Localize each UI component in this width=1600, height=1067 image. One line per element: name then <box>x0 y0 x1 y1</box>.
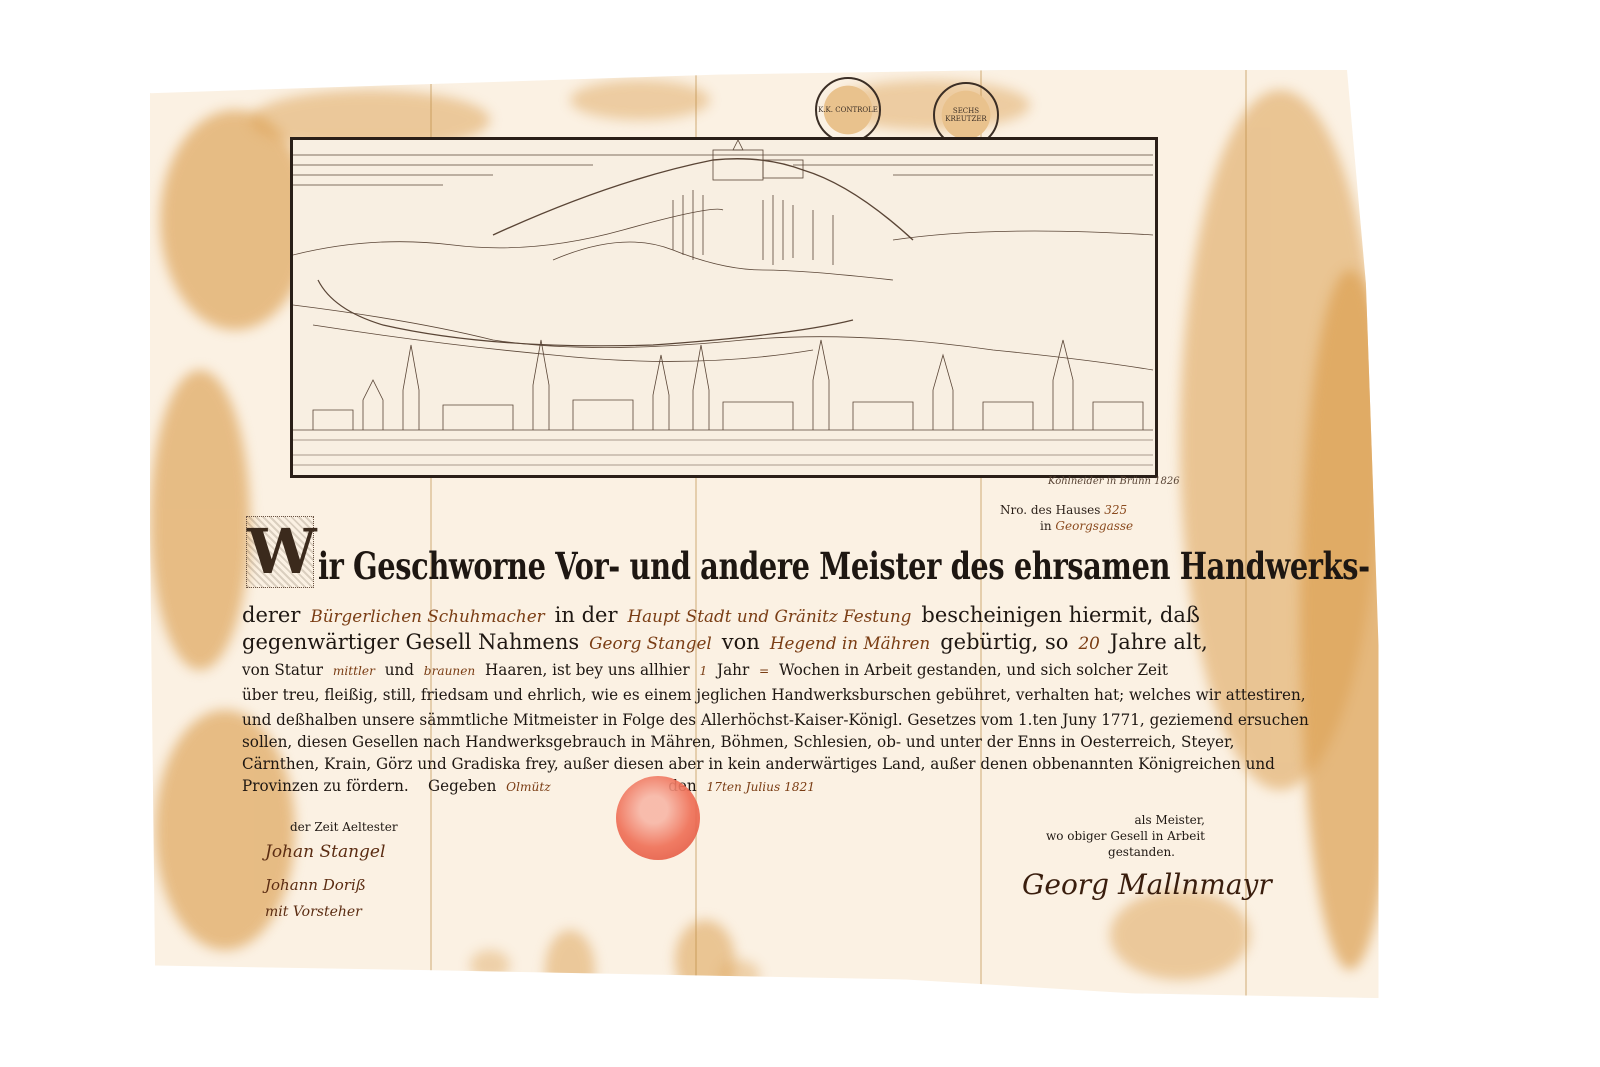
red-wax-seal <box>616 776 700 860</box>
stain <box>150 370 250 670</box>
fold-line <box>1245 70 1247 998</box>
stain <box>570 80 710 120</box>
house-number-label: Nro. des Hauses <box>1000 503 1100 517</box>
text-line-5: und deßhalben unsere sämmtliche Mitmeist… <box>242 711 1309 729</box>
engraver-signature: Kohlneider in Brünn 1826 <box>1048 476 1180 487</box>
ornamental-initial: W <box>246 516 314 588</box>
stain <box>720 960 760 990</box>
text-line-8: Provinzen zu fördern. GegebenOlmützden17… <box>242 777 825 795</box>
text-line-7: Cärnthen, Krain, Görz und Gradiska frey,… <box>242 755 1275 773</box>
text-line-3: von StaturmittlerundbraunenHaaren, ist b… <box>242 661 1168 679</box>
stain <box>545 930 595 1010</box>
handwritten-place-issued: Olmütz <box>496 779 560 794</box>
handwritten-years: 1 <box>690 663 717 678</box>
house-location-value: Georgsgasse <box>1055 519 1133 533</box>
handwritten-city: Haupt Stadt und Gränitz Festung <box>617 606 921 626</box>
signature-third: mit Vorsteher <box>265 904 362 920</box>
text-line-2: gegenwärtiger Gesell NahmensGeorg Stange… <box>242 630 1208 654</box>
house-number-value: 325 <box>1104 503 1127 517</box>
handwritten-stature: mittler <box>323 663 385 678</box>
engraving-town-view <box>290 137 1158 478</box>
document-headline: ir Geschworne Vor- und andere Meister de… <box>318 544 1370 588</box>
handwritten-age: 20 <box>1068 633 1109 653</box>
text-line-1: dererBürgerlichen Schuhmacherin derHaupt… <box>242 603 1200 627</box>
stain <box>675 920 735 1000</box>
text-line-6: sollen, diesen Gesellen nach Handwerksge… <box>242 733 1234 751</box>
handwritten-date: 17ten Julius 1821 <box>697 779 825 794</box>
handwritten-journeyman-name: Georg Stangel <box>579 633 722 653</box>
stain <box>1110 890 1250 980</box>
eldest-label: der Zeit Aeltester <box>290 820 398 834</box>
signature-master: Georg Mallnmayr <box>1022 868 1272 901</box>
house-number-block: Nro. des Hauses 325 in Georgsgasse <box>1000 502 1133 534</box>
tax-stamp-controle: K.K. CONTROLE <box>815 77 881 143</box>
stain <box>470 950 510 980</box>
stain <box>160 110 310 330</box>
signature-second: Johann Doriß <box>265 876 366 894</box>
handwritten-trade: Bürgerlichen Schuhmacher <box>300 606 554 626</box>
handwritten-hair-color: braunen <box>414 663 485 678</box>
signature-eldest: Johan Stangel <box>265 842 385 862</box>
text-line-4: über treu, fleißig, still, friedsam und … <box>242 686 1306 704</box>
stain <box>1300 270 1400 970</box>
handwritten-birthplace: Hegend in Mähren <box>760 633 940 653</box>
house-location-label: in <box>1040 519 1052 533</box>
handwritten-weeks: = <box>749 663 779 678</box>
master-label-block: als Meister, wo obiger Gesell in Arbeit … <box>1040 812 1205 860</box>
engraving-illustration <box>293 140 1155 475</box>
